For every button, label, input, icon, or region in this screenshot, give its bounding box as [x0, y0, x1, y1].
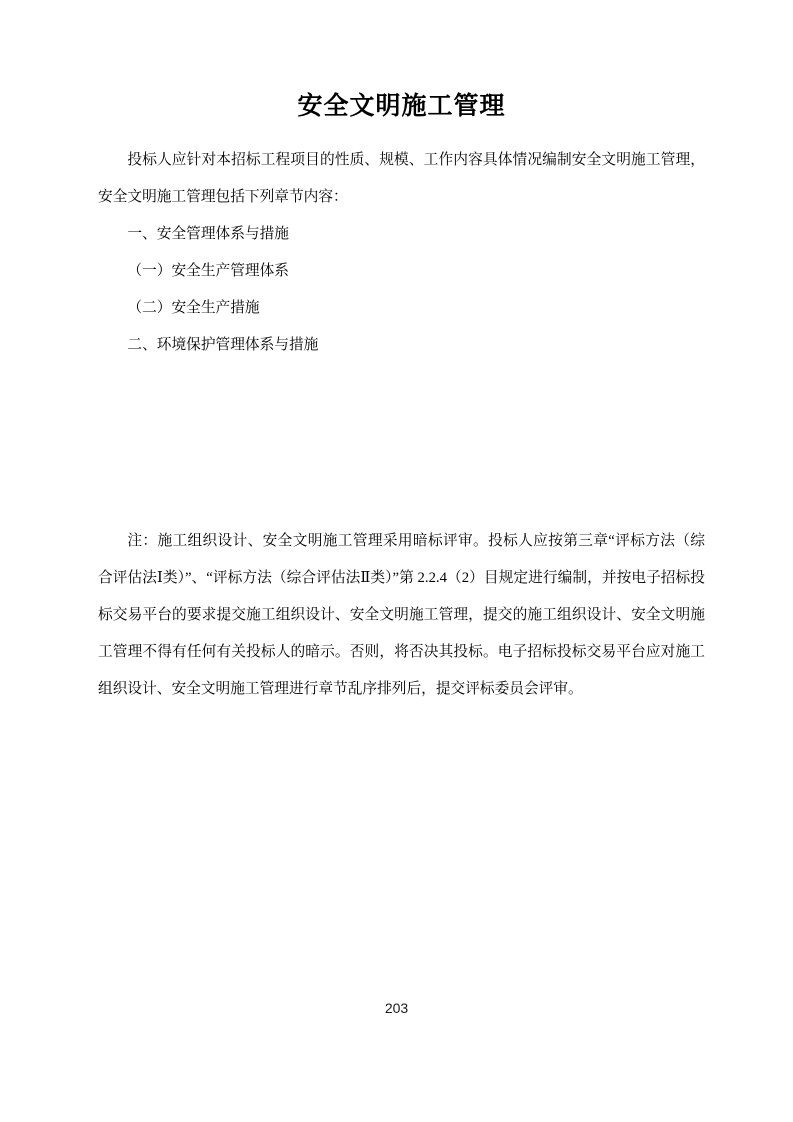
document-page: 安全文明施工管理 投标人应针对本招标工程项目的性质、规模、工作内容具体情况编制安… [0, 0, 793, 1122]
intro-paragraph: 投标人应针对本招标工程项目的性质、规模、工作内容具体情况编制安全文明施工管理，安… [98, 142, 705, 216]
document-title: 安全文明施工管理 [98, 90, 705, 124]
note-paragraph: 注：施工组织设计、安全文明施工管理采用暗标评审。投标人应按第三章“评标方法（综合… [98, 523, 705, 708]
chapter-list-item-4: 二、环境保护管理体系与措施 [98, 327, 705, 364]
chapter-list-item-3: （二）安全生产措施 [98, 290, 705, 327]
chapter-list-item-1: 一、安全管理体系与措施 [98, 216, 705, 253]
chapter-list: 一、安全管理体系与措施 （一）安全生产管理体系 （二）安全生产措施 二、环境保护… [98, 216, 705, 364]
page-number: 203 [0, 1000, 793, 1016]
chapter-list-item-2: （一）安全生产管理体系 [98, 253, 705, 290]
